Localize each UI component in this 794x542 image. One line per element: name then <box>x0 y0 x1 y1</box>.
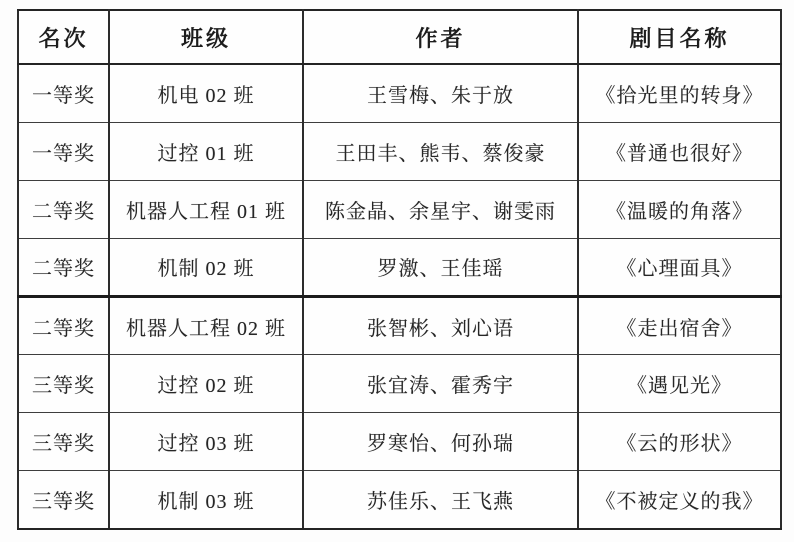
header-cell-author: 作者 <box>303 10 578 64</box>
table-row: 二等奖 机器人工程 02 班 张智彬、刘心语 《走出宿舍》 <box>18 297 781 355</box>
cell-class: 机制 02 班 <box>109 238 303 296</box>
cell-class: 机器人工程 02 班 <box>109 297 303 355</box>
cell-class: 机制 03 班 <box>109 471 303 529</box>
cell-class: 过控 03 班 <box>109 413 303 471</box>
cell-title: 《不被定义的我》 <box>578 471 781 529</box>
cell-class: 过控 01 班 <box>109 122 303 180</box>
cell-class: 过控 02 班 <box>109 355 303 413</box>
cell-rank: 一等奖 <box>18 122 109 180</box>
scanned-document-page: 名次 班级 作者 剧目名称 一等奖 机电 02 班 王雪梅、朱于放 《拾光里的转… <box>0 0 794 542</box>
header-cell-title: 剧目名称 <box>578 10 781 64</box>
cell-author: 罗寒怡、何孙瑞 <box>303 413 578 471</box>
cell-author: 罗激、王佳瑶 <box>303 238 578 296</box>
cell-author: 王雪梅、朱于放 <box>303 64 578 122</box>
cell-author: 陈金晶、余星宇、谢雯雨 <box>303 180 578 238</box>
cell-class: 机电 02 班 <box>109 64 303 122</box>
cell-author: 张智彬、刘心语 <box>303 297 578 355</box>
cell-title: 《心理面具》 <box>578 238 781 296</box>
cell-title: 《普通也很好》 <box>578 122 781 180</box>
cell-title: 《遇见光》 <box>578 355 781 413</box>
cell-author: 苏佳乐、王飞燕 <box>303 471 578 529</box>
table-row: 一等奖 机电 02 班 王雪梅、朱于放 《拾光里的转身》 <box>18 64 781 122</box>
table-row: 三等奖 过控 02 班 张宜涛、霍秀宇 《遇见光》 <box>18 355 781 413</box>
cell-rank: 三等奖 <box>18 355 109 413</box>
cell-title: 《温暖的角落》 <box>578 180 781 238</box>
cell-rank: 二等奖 <box>18 297 109 355</box>
header-row: 名次 班级 作者 剧目名称 <box>18 10 781 64</box>
cell-title: 《云的形状》 <box>578 413 781 471</box>
cell-rank: 二等奖 <box>18 180 109 238</box>
cell-rank: 三等奖 <box>18 471 109 529</box>
cell-rank: 二等奖 <box>18 238 109 296</box>
table-row: 三等奖 机制 03 班 苏佳乐、王飞燕 《不被定义的我》 <box>18 471 781 529</box>
cell-author: 张宜涛、霍秀宇 <box>303 355 578 413</box>
cell-rank: 三等奖 <box>18 413 109 471</box>
cell-class: 机器人工程 01 班 <box>109 180 303 238</box>
cell-rank: 一等奖 <box>18 64 109 122</box>
cell-title: 《走出宿舍》 <box>578 297 781 355</box>
cell-title: 《拾光里的转身》 <box>578 64 781 122</box>
table-row: 一等奖 过控 01 班 王田丰、熊韦、蔡俊豪 《普通也很好》 <box>18 122 781 180</box>
header-cell-class: 班级 <box>109 10 303 64</box>
table-row: 二等奖 机制 02 班 罗激、王佳瑶 《心理面具》 <box>18 238 781 296</box>
table-row: 三等奖 过控 03 班 罗寒怡、何孙瑞 《云的形状》 <box>18 413 781 471</box>
header-cell-rank: 名次 <box>18 10 109 64</box>
cell-author: 王田丰、熊韦、蔡俊豪 <box>303 122 578 180</box>
award-results-table: 名次 班级 作者 剧目名称 一等奖 机电 02 班 王雪梅、朱于放 《拾光里的转… <box>17 9 782 530</box>
table-row: 二等奖 机器人工程 01 班 陈金晶、余星宇、谢雯雨 《温暖的角落》 <box>18 180 781 238</box>
